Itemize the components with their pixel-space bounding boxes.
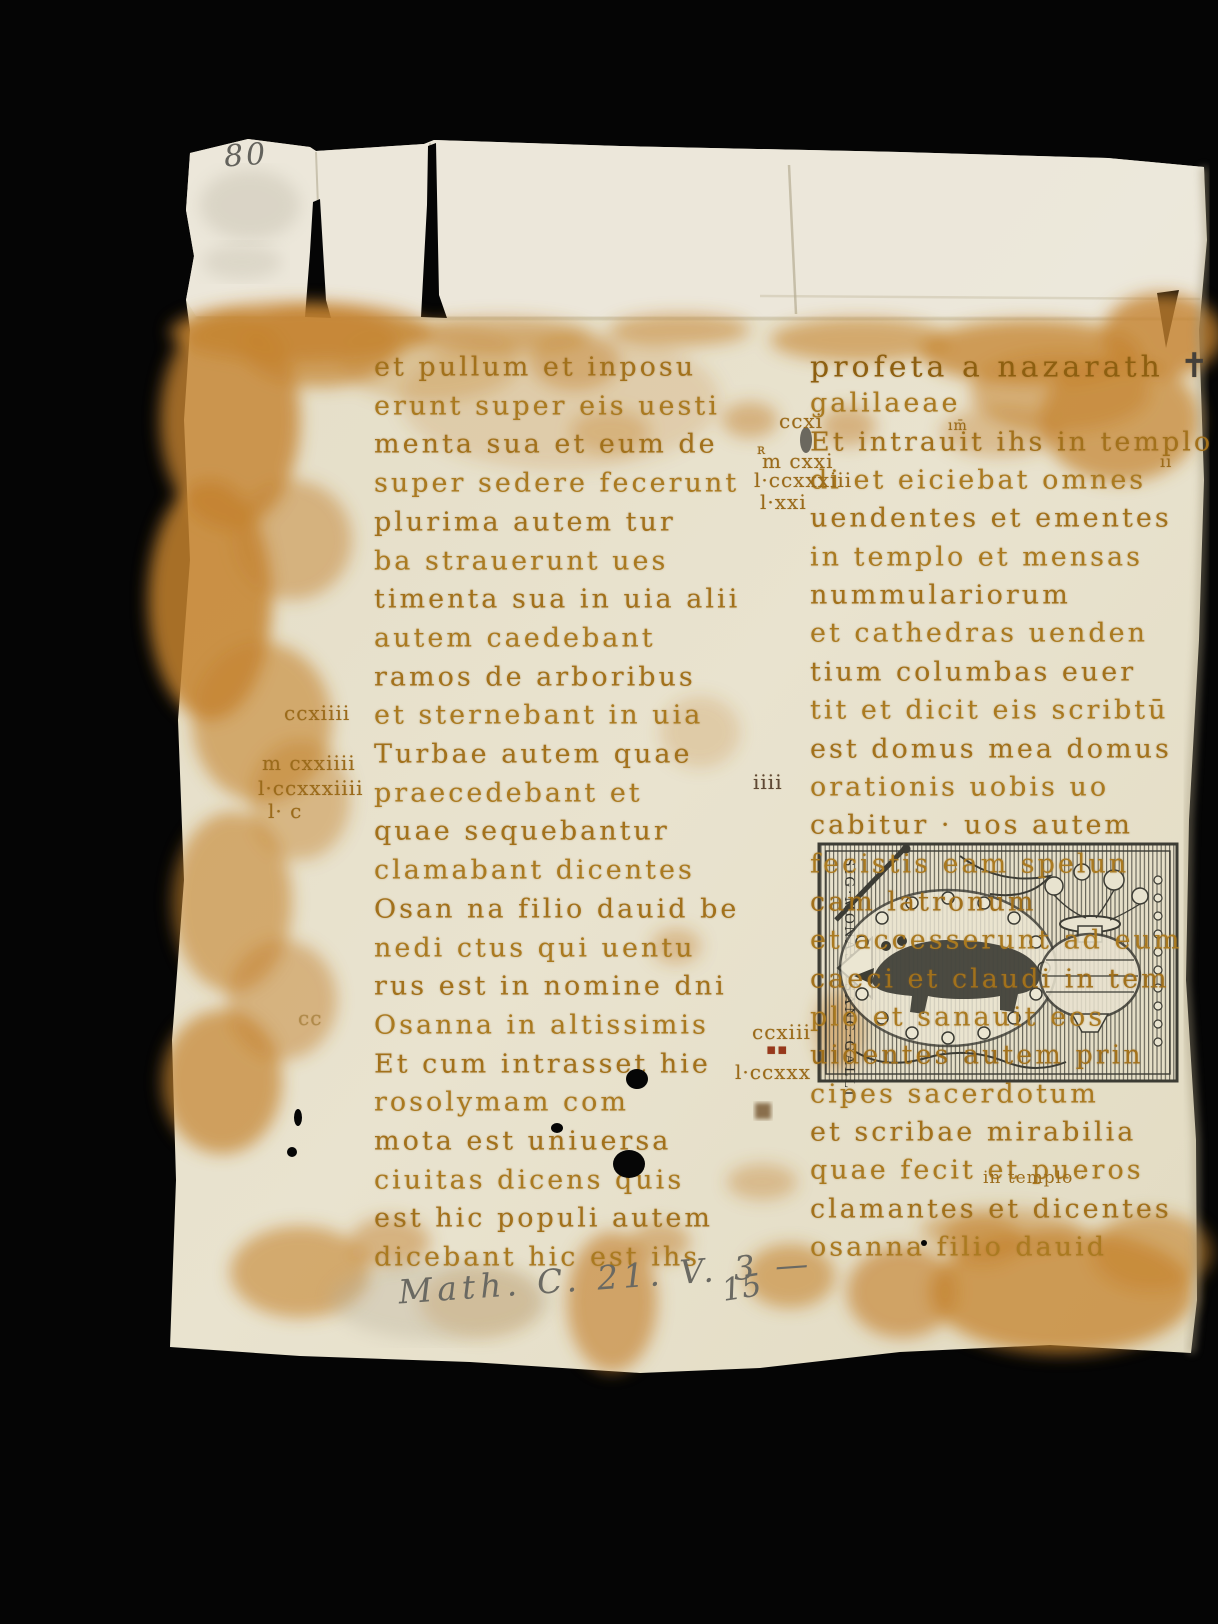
wormhole	[287, 1147, 297, 1157]
manuscript-photo: SIG·MONAST·SANC·GALLI	[0, 0, 1218, 1624]
bear-emblem	[838, 890, 1056, 1046]
library-stamp: SIG·MONAST·SANC·GALLI	[819, 844, 1177, 1098]
wormhole	[626, 1069, 648, 1089]
parchment-page-graphic: SIG·MONAST·SANC·GALLI	[0, 0, 1218, 1624]
top-repair-strip	[186, 139, 1206, 318]
wormhole	[294, 1109, 302, 1126]
wormhole	[551, 1123, 563, 1133]
wormhole	[613, 1150, 645, 1178]
wormhole	[921, 1240, 927, 1246]
